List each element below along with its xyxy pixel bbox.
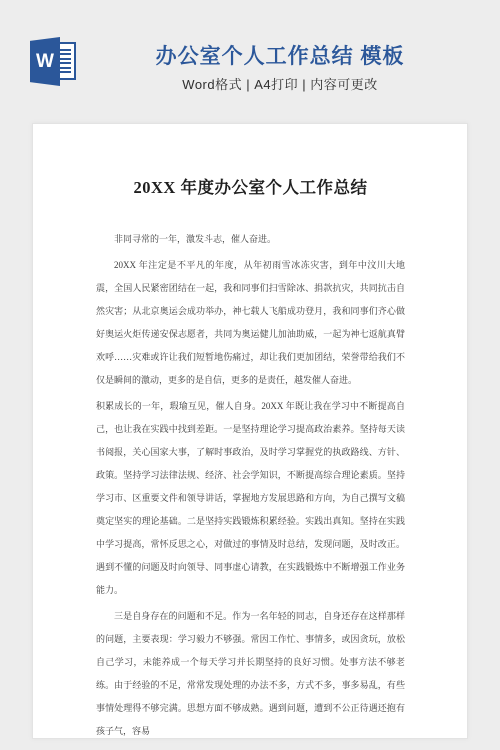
- template-header: W 办公室个人工作总结 模板 Word格式 | A4打印 | 内容可更改: [0, 0, 500, 122]
- document-paragraph: 20XX 年注定是不平凡的年度，从年初雨雪冰冻灾害，到年中汶川大地震，全国人民紧…: [96, 254, 405, 392]
- word-icon-letter: W: [36, 52, 54, 71]
- document-paragraph: 非同寻常的一年，激发斗志，催人奋进。: [96, 228, 405, 251]
- document-paragraph: 三是自身存在的问题和不足。作为一名年轻的同志，自身还存在这样那样的问题，主要表现…: [96, 605, 405, 739]
- template-title: 办公室个人工作总结 模板: [60, 40, 500, 70]
- word-icon-panel: W: [30, 37, 60, 86]
- document-page-preview: 20XX 年度办公室个人工作总结 非同寻常的一年，激发斗志，催人奋进。20XX …: [32, 123, 468, 739]
- document-title: 20XX 年度办公室个人工作总结: [96, 174, 405, 198]
- template-subtitle: Word格式 | A4打印 | 内容可更改: [60, 74, 500, 93]
- document-paragraph: 积累成长的一年，瑕瑜互见，催人自身。20XX 年既让我在学习中不断提高自己，也让…: [96, 395, 405, 602]
- document-body: 非同寻常的一年，激发斗志，催人奋进。20XX 年注定是不平凡的年度，从年初雨雪冰…: [96, 228, 405, 739]
